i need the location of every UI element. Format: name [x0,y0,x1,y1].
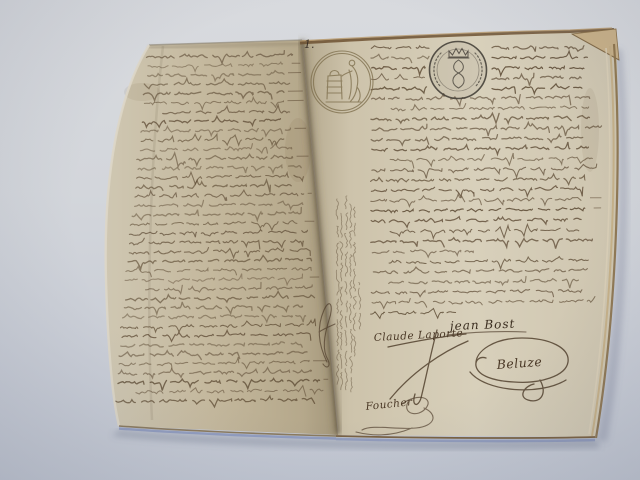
crown-ink-stamp [430,42,487,99]
document-photo-svg: 1. jean Bost Claude Laporte Beluze Fouch… [0,0,640,480]
right-bottom-blue-shadow [336,439,595,441]
folio-mark: 1. [304,38,315,51]
stain [581,88,599,172]
photo-of-notarial-deed: 1. jean Bost Claude Laporte Beluze Fouch… [0,0,640,480]
